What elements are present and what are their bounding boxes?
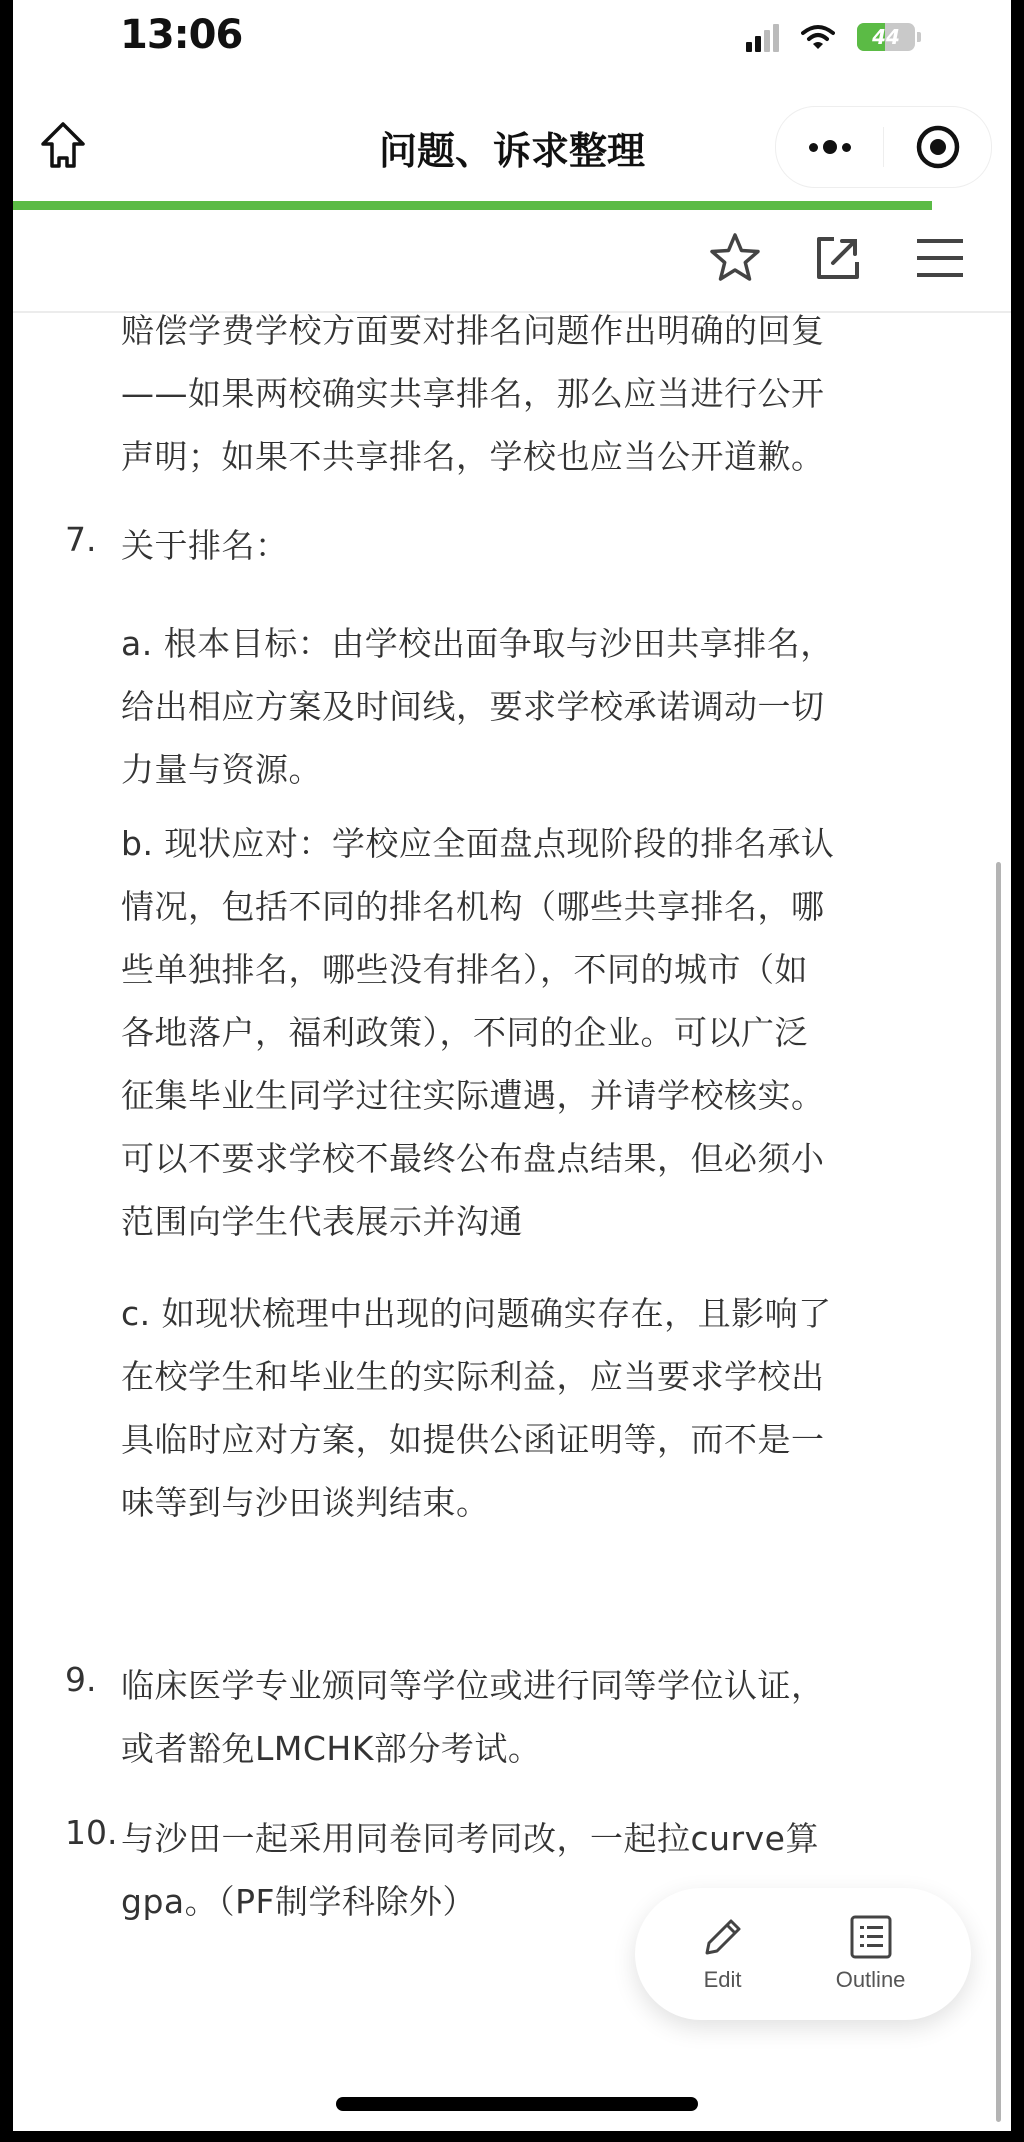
subitem-line: 力量与资源。: [121, 744, 322, 791]
pencil-icon: [701, 1915, 745, 1959]
subitem-line: c. 如现状梳理中出现的问题确实存在，且影响了: [121, 1288, 832, 1335]
battery-icon: 44: [857, 23, 915, 51]
subitem-line: 范围向学生代表展示并沟通: [121, 1196, 523, 1243]
subitem-line: 各地落户，福利政策），不同的企业。可以广泛: [121, 1007, 808, 1054]
list-item-line: gpa。（PF制学科除外）: [121, 1876, 476, 1923]
share-icon: [814, 234, 862, 282]
outline-button[interactable]: Outline: [836, 1915, 906, 1993]
phone-screen: 13:06 44 问题、诉求整理: [13, 0, 1011, 2131]
status-icons: 44: [746, 22, 921, 52]
subitem-line: 具临时应对方案，如提供公函证明等，而不是一: [121, 1414, 825, 1461]
floating-action-bar: Edit Outline: [635, 1888, 971, 2020]
more-button[interactable]: [776, 107, 883, 187]
star-icon: [708, 231, 762, 285]
subitem-line: b. 现状应对：学校应全面盘点现阶段的排名承认: [121, 818, 834, 865]
text-line: 赔偿学费学校方面要对排名问题作出明确的回复: [121, 305, 825, 352]
subitem-line: 可以不要求学校不最终公布盘点结果，但必须小: [121, 1133, 825, 1180]
target-close-icon: [915, 124, 961, 170]
list-item-title: 关于排名：: [121, 520, 289, 567]
menu-button[interactable]: [912, 230, 968, 286]
miniprogram-capsule: [775, 106, 992, 188]
subitem-line: 些单独排名，哪些没有排名），不同的城市（如: [121, 944, 808, 991]
doc-toolbar: [13, 222, 1011, 302]
favorite-button[interactable]: [707, 230, 763, 286]
nav-bar: 问题、诉求整理: [13, 100, 1011, 192]
text-line: 声明；如果不共享排名，学校也应当公开道歉。: [121, 431, 825, 478]
battery-level: 44: [872, 25, 900, 49]
subitem-line: 味等到与沙田谈判结束。: [121, 1477, 490, 1524]
edit-label: Edit: [704, 1967, 742, 1993]
list-item-line: 或者豁免LMCHK部分考试。: [121, 1723, 541, 1770]
list-number: 7.: [65, 520, 97, 559]
subitem-line: 给出相应方案及时间线，要求学校承诺调动一切: [121, 681, 825, 728]
subitem-line: 情况，包括不同的排名机构（哪些共享排名，哪: [121, 881, 825, 928]
status-time: 13:06: [120, 12, 242, 58]
edit-button[interactable]: Edit: [701, 1915, 745, 1993]
subitem-line: a. 根本目标：由学校出面争取与沙田共享排名，: [121, 618, 834, 665]
menu-icon: [917, 237, 963, 279]
load-progress-bar: [13, 201, 932, 210]
more-dot-center: [823, 140, 837, 154]
close-button[interactable]: [884, 107, 991, 187]
more-dots-icon: [809, 143, 818, 152]
outline-label: Outline: [836, 1967, 906, 1993]
list-number: 10.: [65, 1813, 117, 1852]
list-item-line: 与沙田一起采用同卷同考同改，一起拉curve算: [121, 1813, 819, 1860]
wifi-icon: [801, 24, 835, 50]
home-indicator[interactable]: [336, 2097, 698, 2111]
more-dot-right: [842, 143, 851, 152]
outline-icon: [850, 1915, 892, 1959]
list-item-line: 临床医学专业颁同等学位或进行同等学位认证，: [121, 1660, 825, 1707]
share-button[interactable]: [810, 230, 866, 286]
scrollbar[interactable]: [996, 862, 1001, 2122]
list-number: 9.: [65, 1660, 97, 1699]
subitem-line: 征集毕业生同学过往实际遭遇，并请学校核实。: [121, 1070, 825, 1117]
text-line: ——如果两校确实共享排名，那么应当进行公开: [121, 368, 825, 415]
subitem-line: 在校学生和毕业生的实际利益，应当要求学校出: [121, 1351, 825, 1398]
signal-icon: [746, 22, 779, 52]
